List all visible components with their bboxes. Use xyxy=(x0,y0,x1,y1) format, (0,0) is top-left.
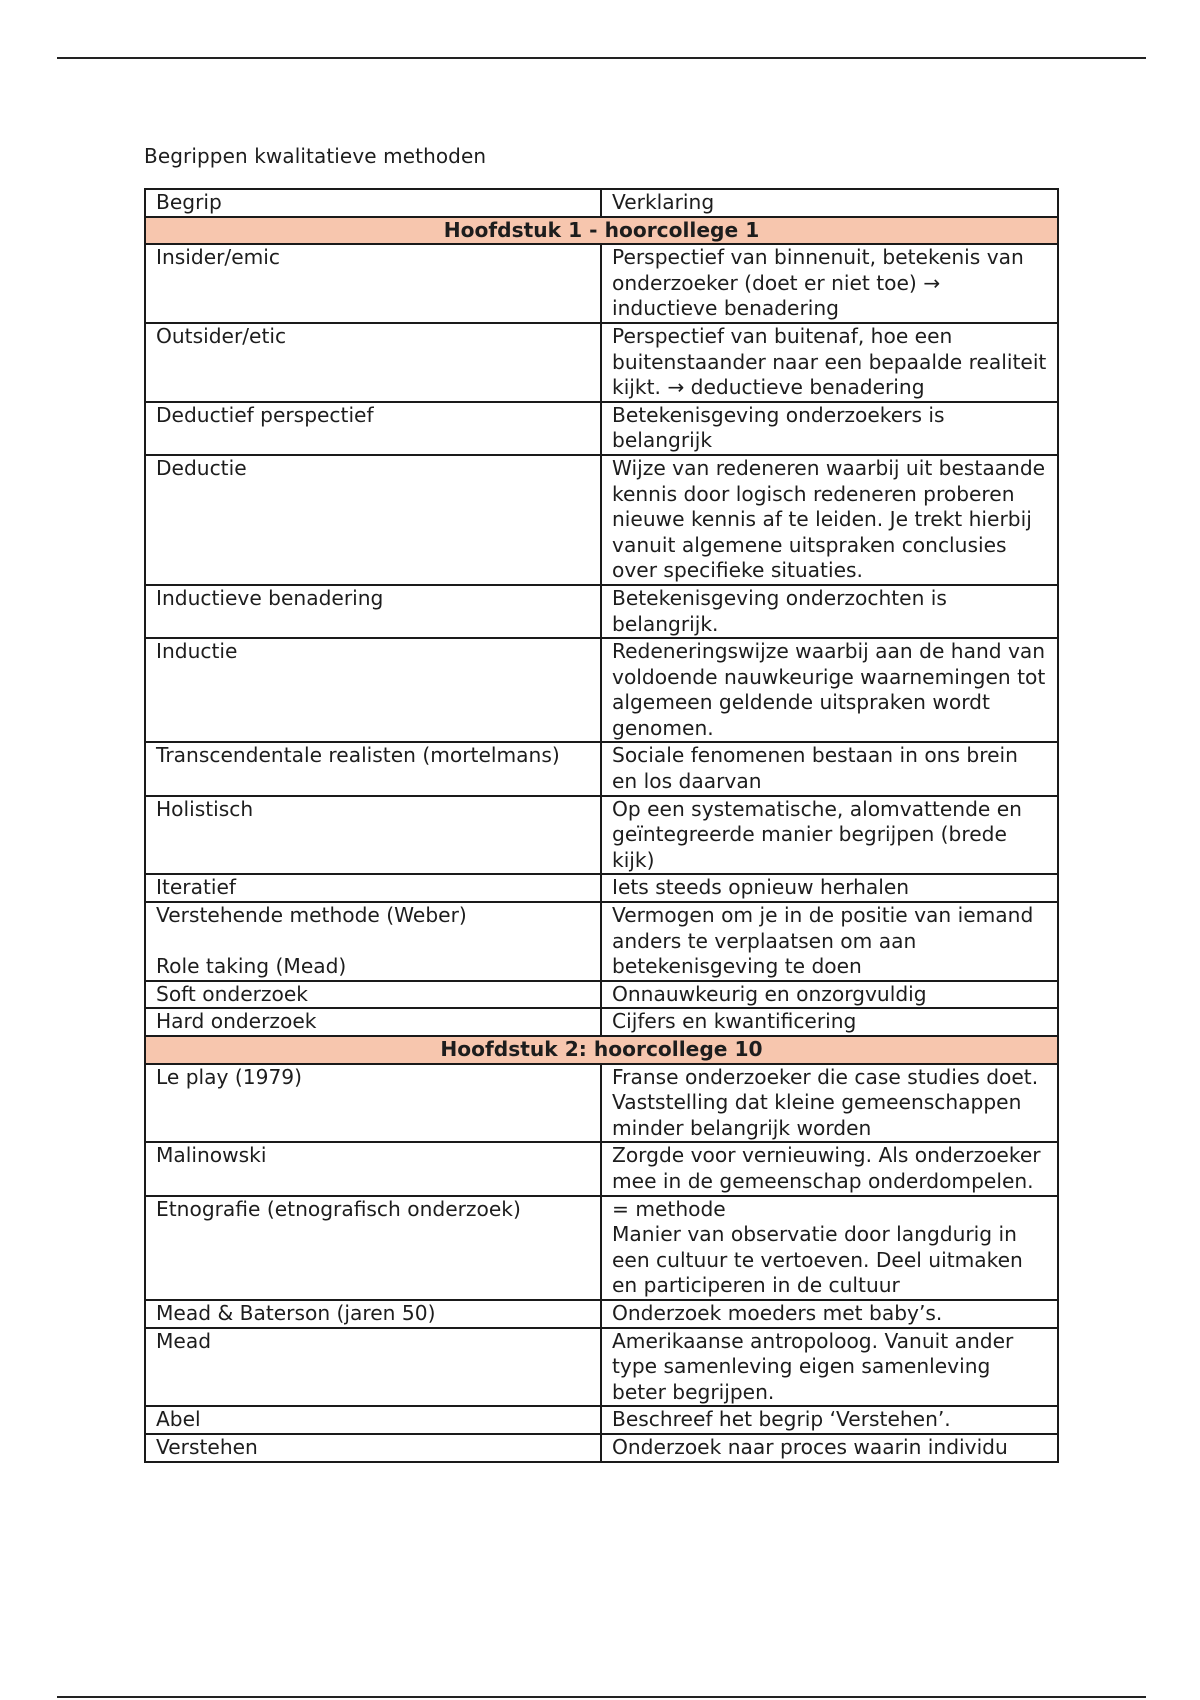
table-row: Transcendentale realisten (mortelmans)So… xyxy=(145,742,1058,795)
column-header-explanation: Verklaring xyxy=(601,189,1058,217)
term-cell: Le play (1979) xyxy=(145,1064,601,1143)
table-header-row: Begrip Verklaring xyxy=(145,189,1058,217)
explanation-cell: Betekenisgeving onderzochten is belangri… xyxy=(601,585,1058,638)
section-header-row: Hoofdstuk 1 - hoorcollege 1 xyxy=(145,217,1058,245)
term-cell: Hard onderzoek xyxy=(145,1008,601,1036)
explanation-cell: Redeneringswijze waarbij aan de hand van… xyxy=(601,638,1058,742)
explanation-cell: Iets steeds opnieuw herhalen xyxy=(601,874,1058,902)
terms-table: Begrip Verklaring Hoofdstuk 1 - hoorcoll… xyxy=(144,188,1059,1463)
table-row: Outsider/eticPerspectief van buitenaf, h… xyxy=(145,323,1058,402)
term-cell: Inductieve benadering xyxy=(145,585,601,638)
explanation-cell: Cijfers en kwantificering xyxy=(601,1008,1058,1036)
term-cell: Holistisch xyxy=(145,796,601,875)
page-bottom-rule xyxy=(57,1696,1146,1698)
explanation-cell: Perspectief van buitenaf, hoe een buiten… xyxy=(601,323,1058,402)
explanation-cell: Beschreef het begrip ‘Verstehen’. xyxy=(601,1406,1058,1434)
term-cell: Soft onderzoek xyxy=(145,981,601,1009)
term-cell: Iteratief xyxy=(145,874,601,902)
explanation-cell: Onderzoek moeders met baby’s. xyxy=(601,1300,1058,1328)
term-cell: Malinowski xyxy=(145,1142,601,1195)
term-cell: Mead xyxy=(145,1328,601,1407)
table-row: Soft onderzoekOnnauwkeurig en onzorgvuld… xyxy=(145,981,1058,1009)
table-row: Inductieve benaderingBetekenisgeving ond… xyxy=(145,585,1058,638)
explanation-cell: Amerikaanse antropoloog. Vanuit ander ty… xyxy=(601,1328,1058,1407)
explanation-cell: Onnauwkeurig en onzorgvuldig xyxy=(601,981,1058,1009)
term-cell: Abel xyxy=(145,1406,601,1434)
explanation-cell: Franse onderzoeker die case studies doet… xyxy=(601,1064,1058,1143)
term-cell: Outsider/etic xyxy=(145,323,601,402)
term-cell: Inductie xyxy=(145,638,601,742)
table-row: Le play (1979)Franse onderzoeker die cas… xyxy=(145,1064,1058,1143)
table-row: InductieRedeneringswijze waarbij aan de … xyxy=(145,638,1058,742)
table-row: Deductief perspectiefBetekenisgeving ond… xyxy=(145,402,1058,455)
table-row: MeadAmerikaanse antropoloog. Vanuit ande… xyxy=(145,1328,1058,1407)
table-row: DeductieWijze van redeneren waarbij uit … xyxy=(145,455,1058,585)
term-cell: Transcendentale realisten (mortelmans) xyxy=(145,742,601,795)
explanation-cell: Vermogen om je in de positie van iemand … xyxy=(601,902,1058,981)
table-row: Mead & Baterson (jaren 50)Onderzoek moed… xyxy=(145,1300,1058,1328)
term-cell: Mead & Baterson (jaren 50) xyxy=(145,1300,601,1328)
table-row: MalinowskiZorgde voor vernieuwing. Als o… xyxy=(145,1142,1058,1195)
table-row: IteratiefIets steeds opnieuw herhalen xyxy=(145,874,1058,902)
explanation-cell: Onderzoek naar proces waarin individu xyxy=(601,1434,1058,1462)
table-row: AbelBeschreef het begrip ‘Verstehen’. xyxy=(145,1406,1058,1434)
explanation-cell: Betekenisgeving onderzoekers is belangri… xyxy=(601,402,1058,455)
section-title: Hoofdstuk 2: hoorcollege 10 xyxy=(145,1036,1058,1064)
explanation-cell: Zorgde voor vernieuwing. Als onderzoeker… xyxy=(601,1142,1058,1195)
table-row: Etnografie (etnografisch onderzoek)= met… xyxy=(145,1196,1058,1300)
section-header-row: Hoofdstuk 2: hoorcollege 10 xyxy=(145,1036,1058,1064)
section-title: Hoofdstuk 1 - hoorcollege 1 xyxy=(145,217,1058,245)
explanation-cell: = methode Manier van observatie door lan… xyxy=(601,1196,1058,1300)
page-top-rule xyxy=(57,57,1146,59)
table-row: VerstehenOnderzoek naar proces waarin in… xyxy=(145,1434,1058,1462)
term-cell: Insider/emic xyxy=(145,244,601,323)
table-row: Insider/emicPerspectief van binnenuit, b… xyxy=(145,244,1058,323)
table-row: HolistischOp een systematische, alomvatt… xyxy=(145,796,1058,875)
term-cell: Etnografie (etnografisch onderzoek) xyxy=(145,1196,601,1300)
explanation-cell: Perspectief van binnenuit, betekenis van… xyxy=(601,244,1058,323)
explanation-cell: Sociale fenomenen bestaan in ons brein e… xyxy=(601,742,1058,795)
explanation-cell: Wijze van redeneren waarbij uit bestaand… xyxy=(601,455,1058,585)
explanation-cell: Op een systematische, alomvattende en ge… xyxy=(601,796,1058,875)
term-cell: Deductief perspectief xyxy=(145,402,601,455)
document-title: Begrippen kwalitatieve methoden xyxy=(144,144,486,168)
term-cell: Verstehen xyxy=(145,1434,601,1462)
term-cell: Deductie xyxy=(145,455,601,585)
table-row: Hard onderzoekCijfers en kwantificering xyxy=(145,1008,1058,1036)
table-row: Verstehende methode (Weber) Role taking … xyxy=(145,902,1058,981)
term-cell: Verstehende methode (Weber) Role taking … xyxy=(145,902,601,981)
column-header-term: Begrip xyxy=(145,189,601,217)
